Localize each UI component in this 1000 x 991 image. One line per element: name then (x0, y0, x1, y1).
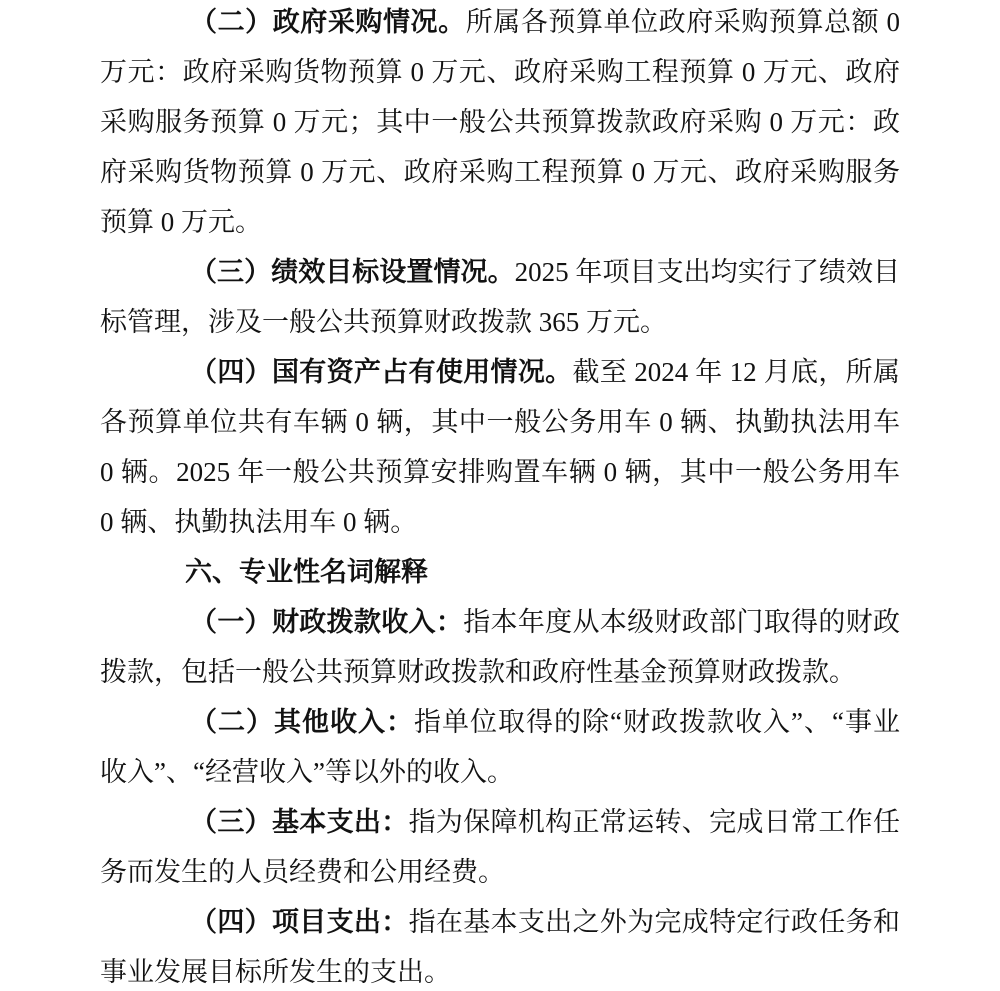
paragraph-government-procurement: （二）政府采购情况。所属各预算单位政府采购预算总额 0 万元：政府采购货物预算 … (100, 0, 900, 247)
paragraph-term-fiscal-appropriation-income: （一）财政拨款收入：指本年度从本级财政部门取得的财政拨款，包括一般公共预算财政拨… (100, 597, 900, 697)
paragraph-term-basic-expenditure: （三）基本支出：指为保障机构正常运转、完成日常工作任务而发生的人员经费和公用经费… (100, 797, 900, 897)
paragraph-lead: （三）基本支出： (190, 807, 409, 837)
section-heading-terminology: 六、专业性名词解释 (100, 547, 900, 597)
paragraph-lead: （四）项目支出： (190, 907, 409, 937)
paragraph-term-other-income: （二）其他收入：指单位取得的除“财政拨款收入”、“事业收入”、“经营收入”等以外… (100, 697, 900, 797)
paragraph-text: 所属各预算单位政府采购预算总额 0 万元：政府采购货物预算 0 万元、政府采购工… (100, 7, 900, 237)
paragraph-lead: （四）国有资产占有使用情况。 (190, 357, 572, 387)
paragraph-term-project-expenditure: （四）项目支出：指在基本支出之外为完成特定行政任务和事业发展目标所发生的支出。 (100, 897, 900, 991)
paragraph-lead: （一）财政拨款收入： (190, 607, 463, 637)
paragraph-lead: （二）其他收入： (190, 707, 414, 737)
paragraph-lead: （二）政府采购情况。 (190, 7, 466, 37)
paragraph-state-assets: （四）国有资产占有使用情况。截至 2024 年 12 月底，所属各预算单位共有车… (100, 347, 900, 547)
document-body: （二）政府采购情况。所属各预算单位政府采购预算总额 0 万元：政府采购货物预算 … (100, 0, 900, 991)
paragraph-performance-targets: （三）绩效目标设置情况。2025 年项目支出均实行了绩效目标管理，涉及一般公共预… (100, 247, 900, 347)
paragraph-lead: （三）绩效目标设置情况。 (190, 257, 515, 287)
document-page: （二）政府采购情况。所属各预算单位政府采购预算总额 0 万元：政府采购货物预算 … (0, 0, 1000, 991)
